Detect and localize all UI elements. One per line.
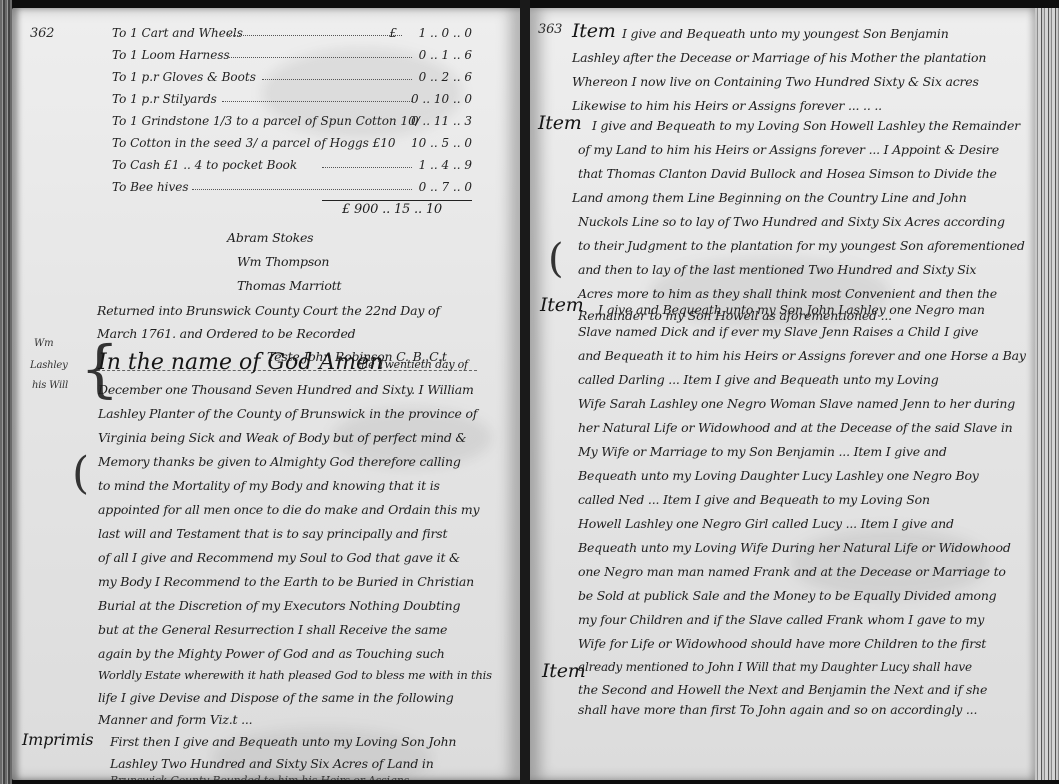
ledger-row: To 1 p.r Gloves & Boots 0 .. 2 .. 6 <box>112 70 472 86</box>
will-line: Burial at the Discretion of my Executors… <box>98 598 460 613</box>
ledger-row: To Cash £1 .. 4 to pocket Book 1 .. 4 ..… <box>112 158 472 174</box>
ledger-row: To 1 p.r Stilyards 0 .. 10 .. 0 <box>112 92 472 108</box>
ledger-amount: 10 .. 5 .. 0 <box>411 136 472 150</box>
will-line: life I give Devise and Dispose of the sa… <box>98 690 454 705</box>
ledger-row: To 1 Cart and Wheels 1 .. 0 .. 0 £ <box>112 26 472 42</box>
bequest-line: Bequeath unto my Loving Daughter Lucy La… <box>578 468 979 483</box>
bequest-line: Howell Lashley one Negro Girl called Luc… <box>578 516 954 531</box>
will-line: Worldly Estate wherewith it hath pleased… <box>98 668 492 682</box>
imprimis-label: Imprimis <box>22 730 93 749</box>
bequest-line: and Bequeath it to him his Heirs or Assi… <box>578 348 1026 363</box>
appraiser-name: Wm Thompson <box>237 254 329 269</box>
will-line: Virginia being Sick and Weak of Body but… <box>98 430 466 445</box>
ledger-amount: 0 .. 2 .. 6 <box>419 70 472 84</box>
bequest-line: Lashley after the Decease or Marriage of… <box>572 50 986 65</box>
item-label: Item <box>542 660 586 682</box>
will-line: of all I give and Recommend my Soul to G… <box>98 550 460 565</box>
ledger-item: To 1 Cart and Wheels <box>112 26 243 40</box>
ledger-amount: 0 .. 11 .. 3 <box>411 114 472 128</box>
ledger-item: To Bee hives <box>112 180 189 194</box>
bequest-line: Nuckols Line so to lay of Two Hundred an… <box>578 214 1005 229</box>
will-line: again by the Mighty Power of God and as … <box>98 646 445 661</box>
item-label: Item <box>538 112 582 134</box>
ledger-row: To 1 Grindstone 1/3 to a parcel of Spun … <box>112 114 472 130</box>
imprimis-line: Brunswick County Bounded to him his Heir… <box>110 774 409 780</box>
bequest-line: Acres more to him as they shall think mo… <box>578 286 997 301</box>
page-number: 362 <box>30 26 54 41</box>
item-label: Item <box>540 294 584 316</box>
margin-note: Lashley <box>30 360 68 371</box>
right-page: 363 Item I give and Bequeath unto my you… <box>530 8 1035 780</box>
ledger-amount: 0 .. 10 .. 0 <box>411 92 472 106</box>
bequest-line: called Darling ... Item I give and Beque… <box>578 372 939 387</box>
bequest-line: shall have more than first To John again… <box>578 702 977 717</box>
bequest-line: to their Judgment to the plantation for … <box>578 238 1025 253</box>
bequest-line: Whereon I now live on Containing Two Hun… <box>572 74 979 89</box>
appraiser-name: Thomas Marriott <box>237 278 341 293</box>
item-label: Item <box>572 20 616 42</box>
bequest-line: be Sold at publick Sale and the Money to… <box>578 588 997 603</box>
book-gutter <box>520 0 530 784</box>
bequest-line: Bequeath unto my Loving Wife During her … <box>578 540 1011 555</box>
will-line: the Twentieth day of <box>357 358 468 371</box>
will-line: appointed for all men once to die do mak… <box>98 502 479 517</box>
ledger-item: To Cash £1 .. 4 to pocket Book <box>112 158 297 172</box>
currency-mark: £ <box>389 26 397 40</box>
bequest-line: my four Children and if the Slave called… <box>578 612 984 627</box>
bequest-line: I give and Bequeath to my Loving Son How… <box>592 118 1020 133</box>
ledger-item: To 1 Grindstone 1/3 to a parcel of Spun … <box>112 114 420 128</box>
ledger-amount: 0 .. 7 .. 0 <box>419 180 472 194</box>
margin-note: his Will <box>32 380 68 391</box>
return-note-line: March 1761. and Ordered to be Recorded <box>97 326 355 341</box>
bequest-line: My Wife or Marriage to my Son Benjamin .… <box>578 444 947 459</box>
will-line: Lashley Planter of the County of Brunswi… <box>98 406 477 421</box>
book-edge-right <box>1035 8 1059 780</box>
ledger-amount: 1 .. 0 .. 0 <box>419 26 472 40</box>
bequest-line: Slave named Dick and if ever my Slave Je… <box>578 324 978 339</box>
book-edge-left <box>0 0 12 784</box>
ledger-amount: 0 .. 1 .. 6 <box>419 48 472 62</box>
return-note-line: Returned into Brunswick County Court the… <box>97 303 440 318</box>
bequest-line: called Ned ... Item I give and Bequeath … <box>578 492 930 507</box>
will-line: my Body I Recommend to the Earth to be B… <box>98 574 474 589</box>
ledger-row: To Cotton in the seed 3/ a parcel of Hog… <box>112 136 472 152</box>
bequest-line: that Thomas Clanton David Bullock and Ho… <box>578 166 997 181</box>
bequest-line: the Second and Howell the Next and Benja… <box>578 682 987 697</box>
page-number: 363 <box>538 22 562 37</box>
flourish: ( <box>72 448 89 499</box>
will-heading: In the name of God Amen <box>98 350 383 375</box>
bequest-line: already mentioned to John I Will that my… <box>578 660 972 674</box>
will-line: December one Thousand Seven Hundred and … <box>98 382 474 397</box>
will-line: Memory thanks be given to Almighty God t… <box>98 454 461 469</box>
imprimis-line: First then I give and Bequeath unto my L… <box>110 734 456 749</box>
ledger-total: £ 900 .. 15 .. 10 <box>342 202 442 217</box>
ledger-item: To Cotton in the seed 3/ a parcel of Hog… <box>112 136 396 150</box>
will-line: Manner and form Viz.t ... <box>98 712 252 727</box>
ledger-item: To 1 p.r Stilyards <box>112 92 217 106</box>
bequest-line: Wife Sarah Lashley one Negro Woman Slave… <box>578 396 1015 411</box>
margin-note: Wm <box>34 338 53 349</box>
bequest-line: Land among them Line Beginning on the Co… <box>572 190 967 205</box>
imprimis-line: Lashley Two Hundred and Sixty Six Acres … <box>110 756 434 771</box>
will-line: to mind the Mortality of my Body and kno… <box>98 478 440 493</box>
left-page: 362 To 1 Cart and Wheels 1 .. 0 .. 0 £ T… <box>12 8 520 780</box>
ledger-item: To 1 Loom Harness <box>112 48 230 62</box>
ledger-row: To 1 Loom Harness 0 .. 1 .. 6 <box>112 48 472 64</box>
total-rule <box>322 200 472 201</box>
appraiser-name: Abram Stokes <box>227 230 313 245</box>
will-line: but at the General Resurrection I shall … <box>98 622 447 637</box>
ledger-item: To 1 p.r Gloves & Boots <box>112 70 256 84</box>
bequest-line: of my Land to him his Heirs or Assigns f… <box>578 142 999 157</box>
flourish: ( <box>548 236 564 282</box>
bequest-line: her Natural Life or Widowhood and at the… <box>578 420 1013 435</box>
bequest-line: I give and Bequeath unto my Son John Las… <box>598 302 985 317</box>
book-spread: 362 To 1 Cart and Wheels 1 .. 0 .. 0 £ T… <box>0 0 1059 784</box>
ledger-row: To Bee hives 0 .. 7 .. 0 <box>112 180 472 196</box>
ledger-amount: 1 .. 4 .. 9 <box>419 158 472 172</box>
will-line: last will and Testament that is to say p… <box>98 526 447 541</box>
bequest-line: I give and Bequeath unto my youngest Son… <box>622 26 949 41</box>
bequest-line: one Negro man man named Frank and at the… <box>578 564 1006 579</box>
bequest-line: Wife for Life or Widowhood should have m… <box>578 636 986 651</box>
bequest-line: Likewise to him his Heirs or Assigns for… <box>572 98 882 113</box>
bequest-line: and then to lay of the last mentioned Tw… <box>578 262 976 277</box>
